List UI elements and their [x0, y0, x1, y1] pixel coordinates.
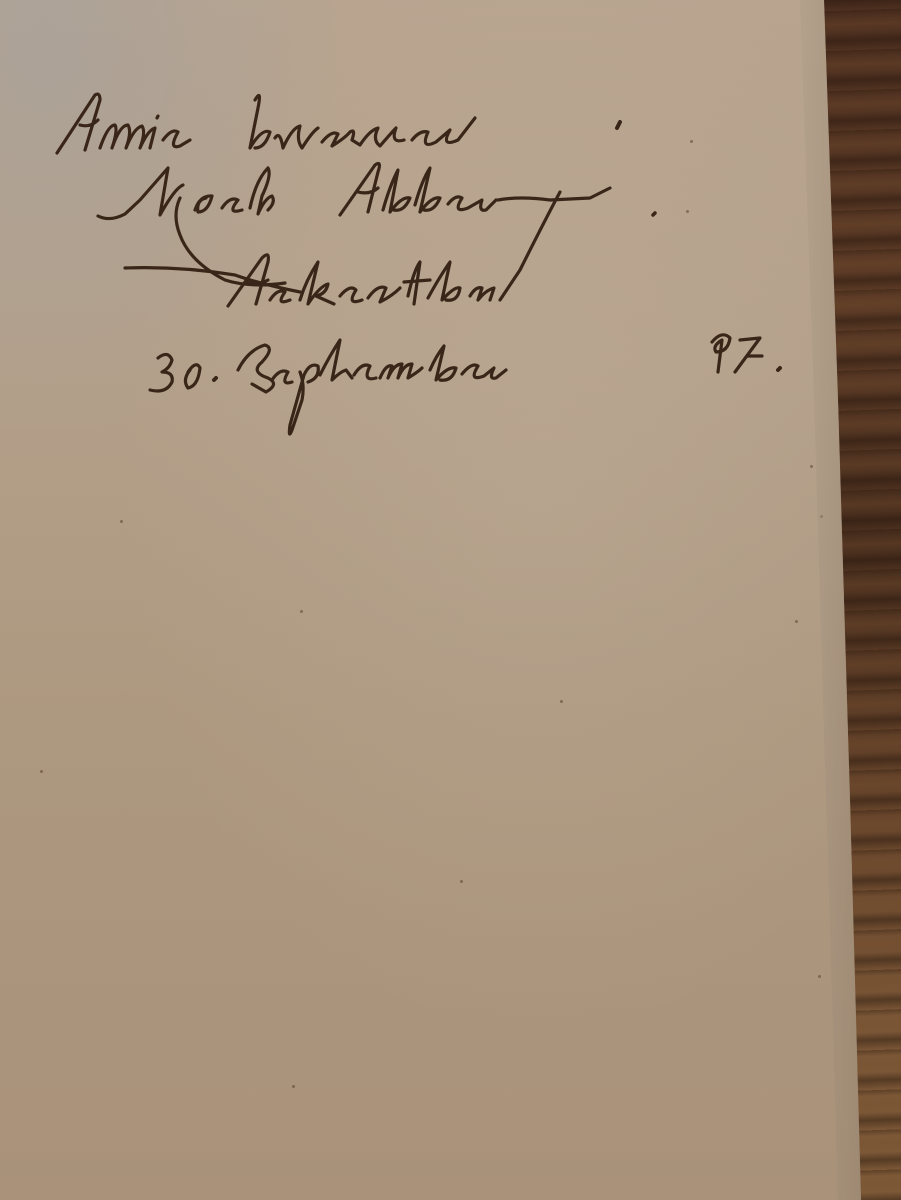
- handwritten-inscription: [0, 0, 901, 460]
- paper-speck: [460, 880, 463, 883]
- paper-speck: [795, 620, 798, 623]
- handwriting-line-1: [57, 94, 620, 153]
- paper-speck: [40, 770, 43, 773]
- paper-speck: [818, 975, 821, 978]
- paper-speck: [300, 610, 303, 613]
- paper-speck: [120, 520, 123, 523]
- paper-speck: [810, 465, 813, 468]
- paper-speck: [292, 1085, 295, 1088]
- paper-speck: [560, 700, 563, 703]
- handwriting-line-3: [125, 255, 494, 306]
- handwriting-line-4: [150, 335, 780, 434]
- handwriting-line-2: [98, 164, 655, 300]
